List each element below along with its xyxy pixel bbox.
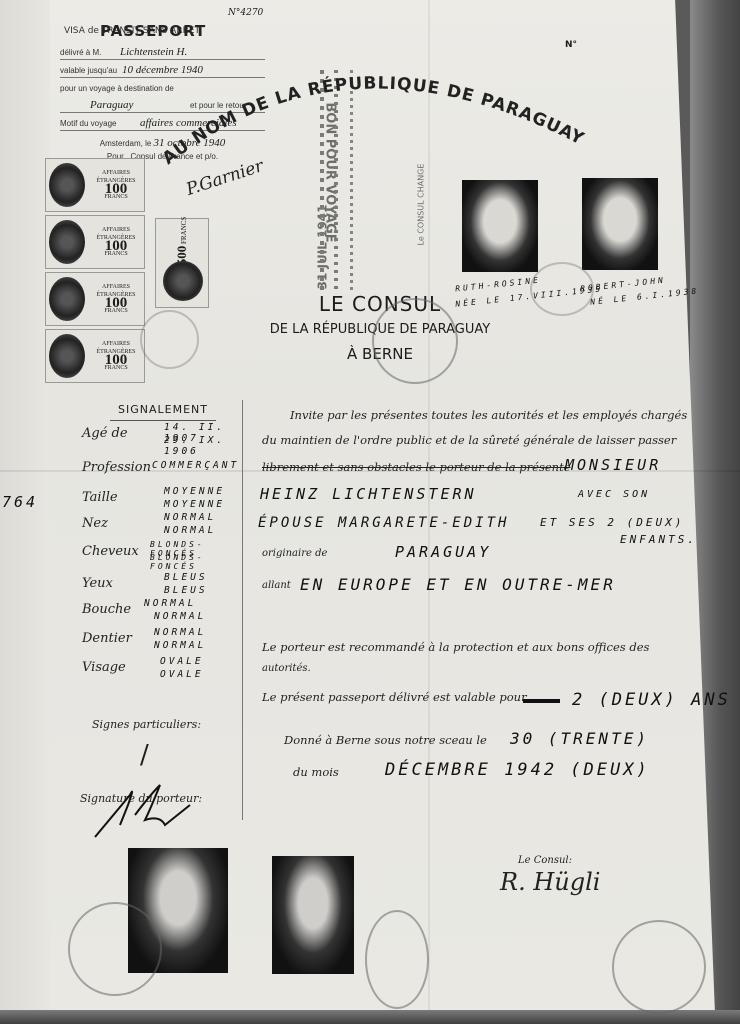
signalement-row: CheveuxBLONDS-FONCÉSBLONDS-FONCÉS (82, 540, 242, 574)
visa-issued-label: délivré à M. (60, 48, 101, 57)
fiscal-stamp: AFFAIRES ÉTRANGÈRES100FRANCS (45, 215, 145, 269)
number-label: N° (565, 40, 577, 50)
fiscal-stamp: AFFAIRES ÉTRANGÈRES100FRANCS (45, 158, 145, 212)
going-label: allant (262, 580, 291, 591)
coin-effigy-icon (163, 261, 203, 301)
child-photo-boy (582, 178, 658, 270)
column-divider (242, 400, 243, 820)
visa-valid-label: valable jusqu'au (60, 66, 117, 75)
with-label: AVEC SON (578, 489, 650, 500)
visa-issued-value: Lichtenstein H. (120, 46, 187, 58)
validity-value: 2 (DEUX) ANS (572, 690, 731, 710)
left-page-number: 764 (2, 493, 38, 511)
spouse-line: ÉPOUSE MARGARETE-EDITH (258, 515, 509, 531)
consul-title: LE CONSUL (240, 292, 520, 316)
coin-effigy-icon (49, 163, 85, 207)
background-bottom (0, 1010, 740, 1024)
amsterdam-seal (140, 310, 199, 369)
consulate-seal (365, 910, 429, 1009)
invite-line-3: librement et sans obstacles le porteur d… (262, 460, 571, 474)
invite-line-2: du maintien de l'ordre public et de la s… (262, 433, 676, 447)
coin-effigy-icon (49, 277, 85, 321)
fiscal-stamp-500: 500 FRANCS (155, 218, 209, 308)
header-arc: AU NOM DE LA RÉPUBLIQUE DE PARAGUAY (150, 60, 610, 180)
going-value: EN EUROPE ET EN OUTRE-MER (300, 575, 616, 594)
bearer-name: HEINZ LICHTENSTERN (260, 485, 477, 503)
consulate-seal (68, 902, 162, 996)
special-marks-value: / (140, 740, 149, 770)
visa-motive-label: Motif du voyage (60, 119, 116, 128)
special-marks-label: Signes particuliers: (92, 718, 201, 731)
visa-ref-number: N°4270 (228, 8, 263, 18)
recommend-line-1: Le porteur est recommandé à la protectio… (262, 640, 649, 654)
passport-title: PASSEPORT (100, 22, 206, 40)
validity-label: Le présent passeport délivré est valable… (262, 690, 527, 704)
recommend-line-2: autorités. (262, 663, 311, 674)
origin-value: PARAGUAY (395, 543, 491, 561)
coin-effigy-icon (49, 220, 85, 264)
signalement-row: VisageOVALEOVALE (82, 656, 242, 690)
signalement-row: ProfessionCOMMERÇANT (82, 456, 242, 490)
month-value: DÉCEMBRE 1942 (DEUX) (385, 760, 650, 780)
visa-destination-value: Paraguay (90, 99, 133, 111)
photo-margarete (272, 856, 354, 974)
child-photo-girl (462, 180, 538, 272)
month-label: du mois (293, 765, 339, 779)
redaction-bar (523, 699, 560, 703)
fiscal-stamp: AFFAIRES ÉTRANGÈRES100FRANCS (45, 272, 145, 326)
children-line: ET SES 2 (DEUX) (540, 516, 684, 529)
invite-line-1: Invite par les présentes toutes les auto… (290, 408, 687, 422)
given-day: 30 (TRENTE) (510, 729, 649, 748)
visa-place-label: Amsterdam, le (100, 139, 152, 148)
children-word: ENFANTS. (620, 533, 697, 546)
svg-text:AU NOM DE LA RÉPUBLIQUE DE PAR: AU NOM DE LA RÉPUBLIQUE DE PARAGUAY (159, 73, 588, 168)
fiscal-stamp: AFFAIRES ÉTRANGÈRES100FRANCS (45, 329, 145, 383)
adjacent-page-left (0, 0, 58, 1024)
coin-effigy-icon (49, 334, 85, 378)
consulate-seal (372, 298, 458, 384)
consulate-seal (530, 262, 594, 316)
bearer-signature (90, 775, 200, 845)
signalement-row: Agé de14. II. 190729. IX. 1906 (82, 422, 242, 456)
signalement-title: SIGNALEMENT (110, 403, 216, 421)
consul-sign-label: Le Consul: (518, 855, 572, 866)
fiscal-stamps: AFFAIRES ÉTRANGÈRES100FRANCS AFFAIRES ÉT… (45, 158, 145, 386)
consul-signature: R. Hügli (500, 868, 600, 896)
bearer-title: MONSIEUR (565, 456, 661, 474)
origin-label: originaire de (262, 548, 327, 559)
consulate-seal (612, 920, 706, 1014)
given-label: Donné à Berne sous notre sceau le (284, 733, 487, 747)
